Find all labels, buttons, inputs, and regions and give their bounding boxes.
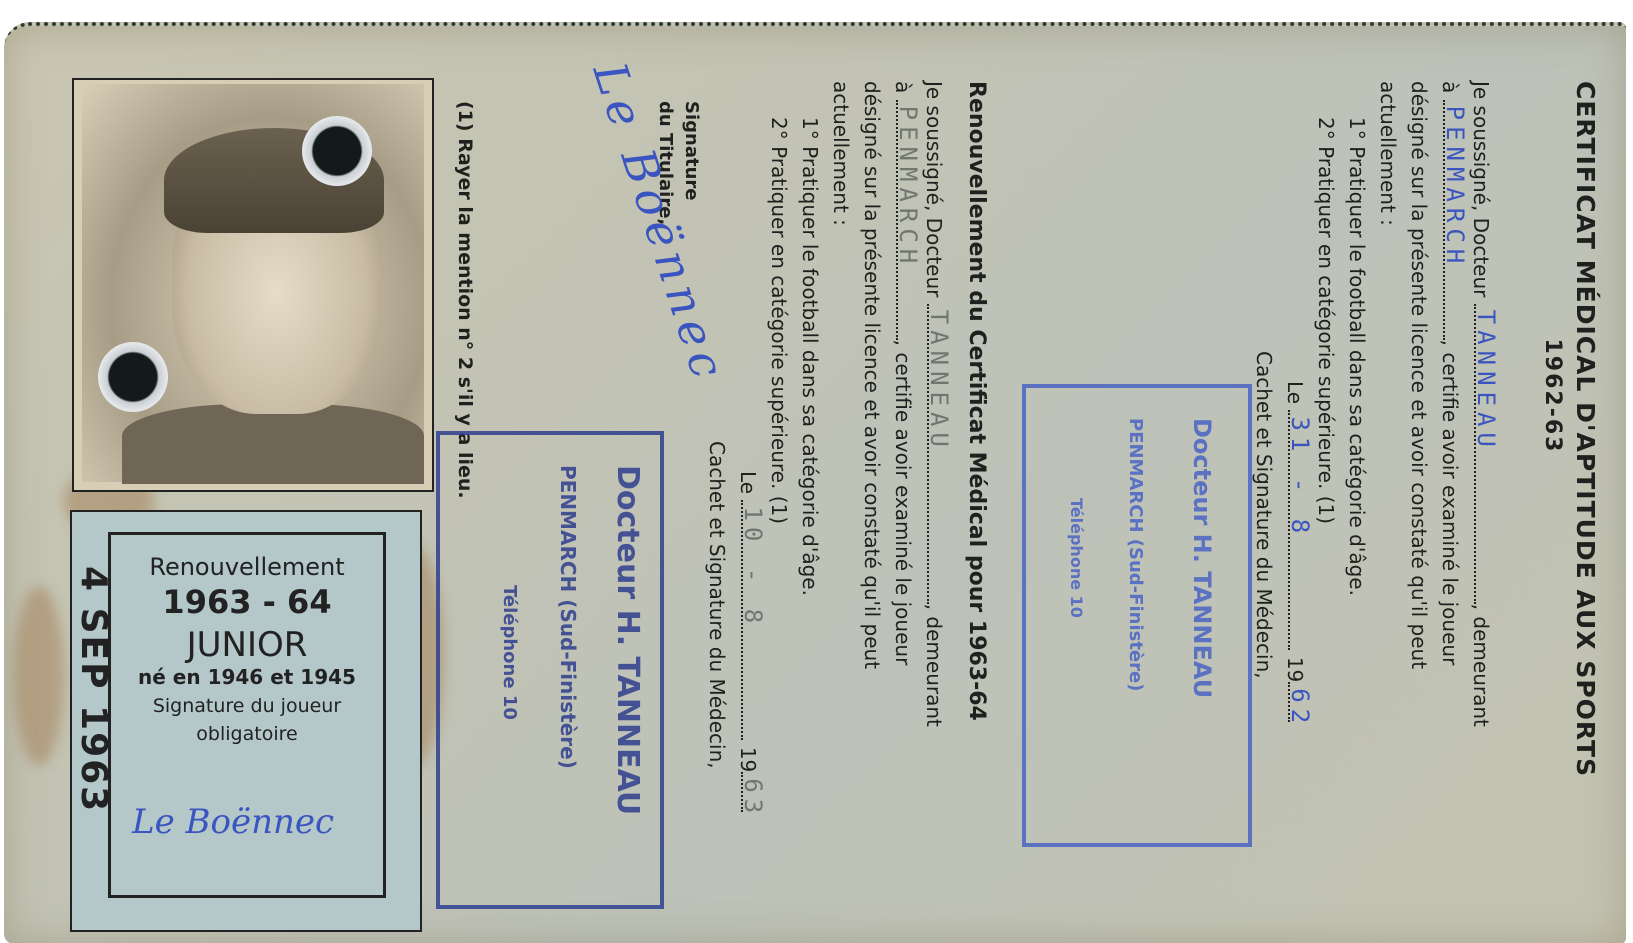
license-card: CERTIFICAT MÉDICAL D'APTITUDE AUX SPORTS…: [4, 22, 1626, 943]
doctor-name-field: TANNEAU: [1474, 304, 1494, 604]
option-1: 1° Pratiquer le football dans sa catégor…: [1341, 81, 1372, 931]
photo-shirt: [122, 404, 424, 484]
doctor-stamp-1963: Docteur H. TANNEAU PENMARCH (Sud-Finistè…: [436, 431, 664, 909]
date-stamp: 4 SEP 1963: [73, 566, 114, 813]
certificate-paragraph-1962: Je soussigné, Docteur TANNEAU, demeurant…: [1248, 81, 1496, 931]
date-line: Le 31 - 8 1962: [1279, 81, 1310, 931]
renewal-doctor-field: TANNEAU: [927, 304, 947, 604]
player-photo-frame: [72, 78, 434, 492]
town-field: PENMARCH: [1443, 100, 1463, 340]
renewal-heading: Renouvellement du Certificat Médical pou…: [964, 81, 989, 921]
certificate-header: CERTIFICAT MÉDICAL D'APTITUDE AUX SPORTS…: [1540, 81, 1600, 931]
renewal-sticker-box: Renouvellement 1963 - 64 JUNIOR né en 19…: [108, 532, 386, 898]
player-photo: [82, 84, 424, 482]
renewal-date-line: Le 10 - 8 1963: [732, 81, 763, 921]
certificate-title: CERTIFICAT MÉDICAL D'APTITUDE AUX SPORTS: [1571, 81, 1600, 931]
renewal-paragraph-1963: Je soussigné, Docteur TANNEAU, demeurant…: [701, 81, 949, 921]
renewal-cachet-label: Cachet et Signature du Médecin,: [701, 81, 732, 921]
renewal-sticker: Renouvellement 1963 - 64 JUNIOR né en 19…: [70, 510, 422, 932]
rust-stain: [14, 586, 64, 766]
eyelet-icon: [302, 116, 372, 186]
doctor-stamp-1962: Docteur H. TANNEAU PENMARCH (Sud-Finistè…: [1022, 384, 1252, 847]
eyelet-icon: [98, 342, 168, 412]
cachet-label: Cachet et Signature du Médecin,: [1248, 81, 1279, 931]
renewal-town-field: PENMARCH: [896, 100, 916, 340]
player-signature: Le Boënnec: [132, 802, 334, 842]
certificate-season: 1962-63: [1540, 81, 1565, 931]
